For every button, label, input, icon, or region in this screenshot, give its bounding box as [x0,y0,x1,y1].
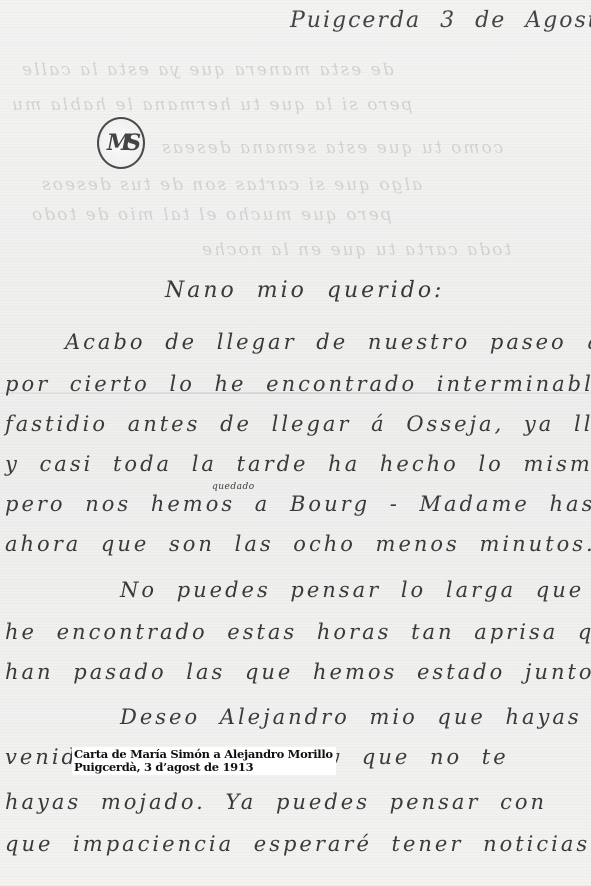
bleed-through-text: pero si la que tu hermana le habla mu [10,95,413,115]
letter-body-line: he encontrado estas horas tan aprisa que [5,620,591,644]
letter-body-line: No puedes pensar lo larga que [120,578,584,602]
bleed-through-text: toda carta tu que en la noche [200,240,511,260]
letter-body-line: que impaciencia esperaré tener noticias … [5,832,591,856]
letter-body-line: por cierto lo he encontrado interminable… [5,372,591,396]
letter-date-line: Puigcerda 3 de Agosto 1913 [290,8,591,33]
monogram-seal-icon: MS [97,117,145,169]
letter-body-line: y casi toda la tarde ha hecho lo mismo [5,452,591,476]
caption-subtitle: Puigcerdà, 3 d’agost de 1913 [74,761,333,774]
bleed-through-text: pero que mucho el tal mio de todo [30,205,392,225]
letter-body-line: ahora que son las ocho menos minutos. [5,532,591,556]
letter-body-line: hayas mojado. Ya puedes pensar con [5,790,547,814]
bleed-through-text: algo que si cartas son de tus deseos [40,175,422,195]
image-caption: Carta de María Simón a Alejandro Morillo… [72,747,336,775]
letter-body-line: fastidio antes de llegar á Osseja, ya ll… [5,412,591,436]
letter-body-line: han pasado las que hemos estado juntos. [5,660,591,684]
letter-salutation: Nano mio querido: [165,278,444,303]
bleed-through-text: de esta manera que ya esta la calle [20,60,394,80]
monogram-letters: MS [107,130,135,156]
letter-body-line: pero nos hemos a Bourg - Madame hasta [5,492,591,516]
bleed-through-text: como tu que esta semana deseas [160,138,503,158]
letter-body-line: Acabo de llegar de nuestro paseo que [65,330,591,354]
interlinear-insert: quedado [212,482,255,492]
letter-body-line: Deseo Alejandro mio que hayas [120,705,582,729]
